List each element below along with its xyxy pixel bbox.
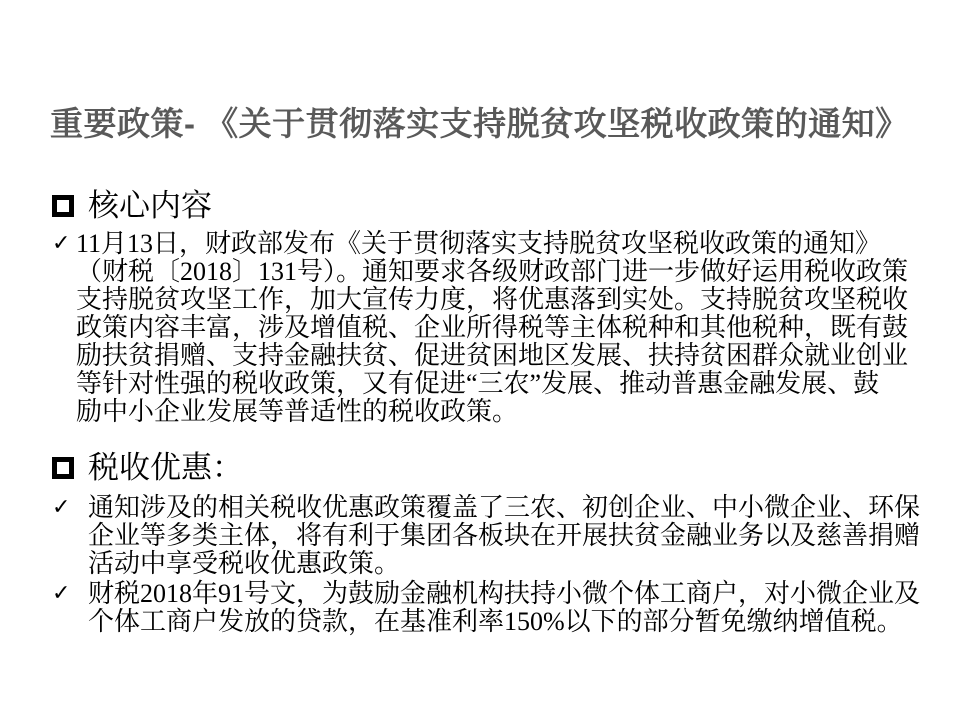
text-line: 通知涉及的相关税收优惠政策覆盖了三农、初创企业、中小微企业、环保 — [88, 494, 920, 522]
list-item-text: 通知涉及的相关税收优惠政策覆盖了三农、初创企业、中小微企业、环保 企业等多类主体… — [88, 494, 920, 578]
checkmark-icon: ✓ — [52, 494, 88, 522]
section-heading-label: 税收优惠： — [88, 448, 243, 488]
text-line: 企业等多类主体，将有利于集团各板块在开展扶贫金融业务以及慈善捐赠 — [88, 522, 920, 550]
square-bullet-icon — [52, 195, 74, 217]
text-line: 政策内容丰富，涉及增值税、企业所得税等主体税种和其他税种，既有鼓 — [76, 314, 908, 342]
list-item: ✓ 通知涉及的相关税收优惠政策覆盖了三农、初创企业、中小微企业、环保 企业等多类… — [52, 494, 920, 578]
list-item-text: 财税2018年91号文，为鼓励金融机构扶持小微个体工商户，对小微企业及 个体工商… — [88, 580, 920, 636]
section-heading-core-content: 核心内容 — [52, 186, 212, 226]
text-line: 个体工商户发放的贷款，在基准利率150%以下的部分暂免缴纳增值税。 — [88, 608, 920, 636]
text-line: 励中小企业发展等普适性的税收政策。 — [76, 398, 908, 426]
list-item: ✓ 财税2018年91号文，为鼓励金融机构扶持小微个体工商户，对小微企业及 个体… — [52, 580, 920, 636]
slide-title: 重要政策- 《关于贯彻落实支持脱贫攻坚税收政策的通知》 — [50, 102, 909, 146]
text-line: 支持脱贫攻坚工作，加大宣传力度，将优惠落到实处。支持脱贫攻坚税收 — [76, 286, 908, 314]
slide: 重要政策- 《关于贯彻落实支持脱贫攻坚税收政策的通知》 核心内容 ✓ 11月13… — [0, 0, 960, 720]
section-heading-label: 核心内容 — [88, 186, 212, 226]
text-line: 11月13日，财政部发布《关于贯彻落实支持脱贫攻坚税收政策的通知》 — [76, 230, 908, 258]
text-line: （财税〔2018〕131号）。通知要求各级财政部门进一步做好运用税收政策 — [76, 258, 908, 286]
checkmark-icon: ✓ — [52, 230, 76, 258]
list-item-text: 11月13日，财政部发布《关于贯彻落实支持脱贫攻坚税收政策的通知》 （财税〔20… — [76, 230, 908, 426]
text-line: 等针对性强的税收政策，又有促进“三农”发展、推动普惠金融发展、鼓 — [76, 370, 908, 398]
checkmark-icon: ✓ — [52, 580, 88, 608]
text-line: 活动中享受税收优惠政策。 — [88, 550, 920, 578]
section-heading-tax-benefits: 税收优惠： — [52, 448, 243, 488]
text-line: 财税2018年91号文，为鼓励金融机构扶持小微个体工商户，对小微企业及 — [88, 580, 920, 608]
text-line: 励扶贫捐赠、支持金融扶贫、促进贫困地区发展、扶持贫困群众就业创业 — [76, 342, 908, 370]
square-bullet-icon — [52, 457, 74, 479]
list-item: ✓ 11月13日，财政部发布《关于贯彻落实支持脱贫攻坚税收政策的通知》 （财税〔… — [52, 230, 908, 426]
